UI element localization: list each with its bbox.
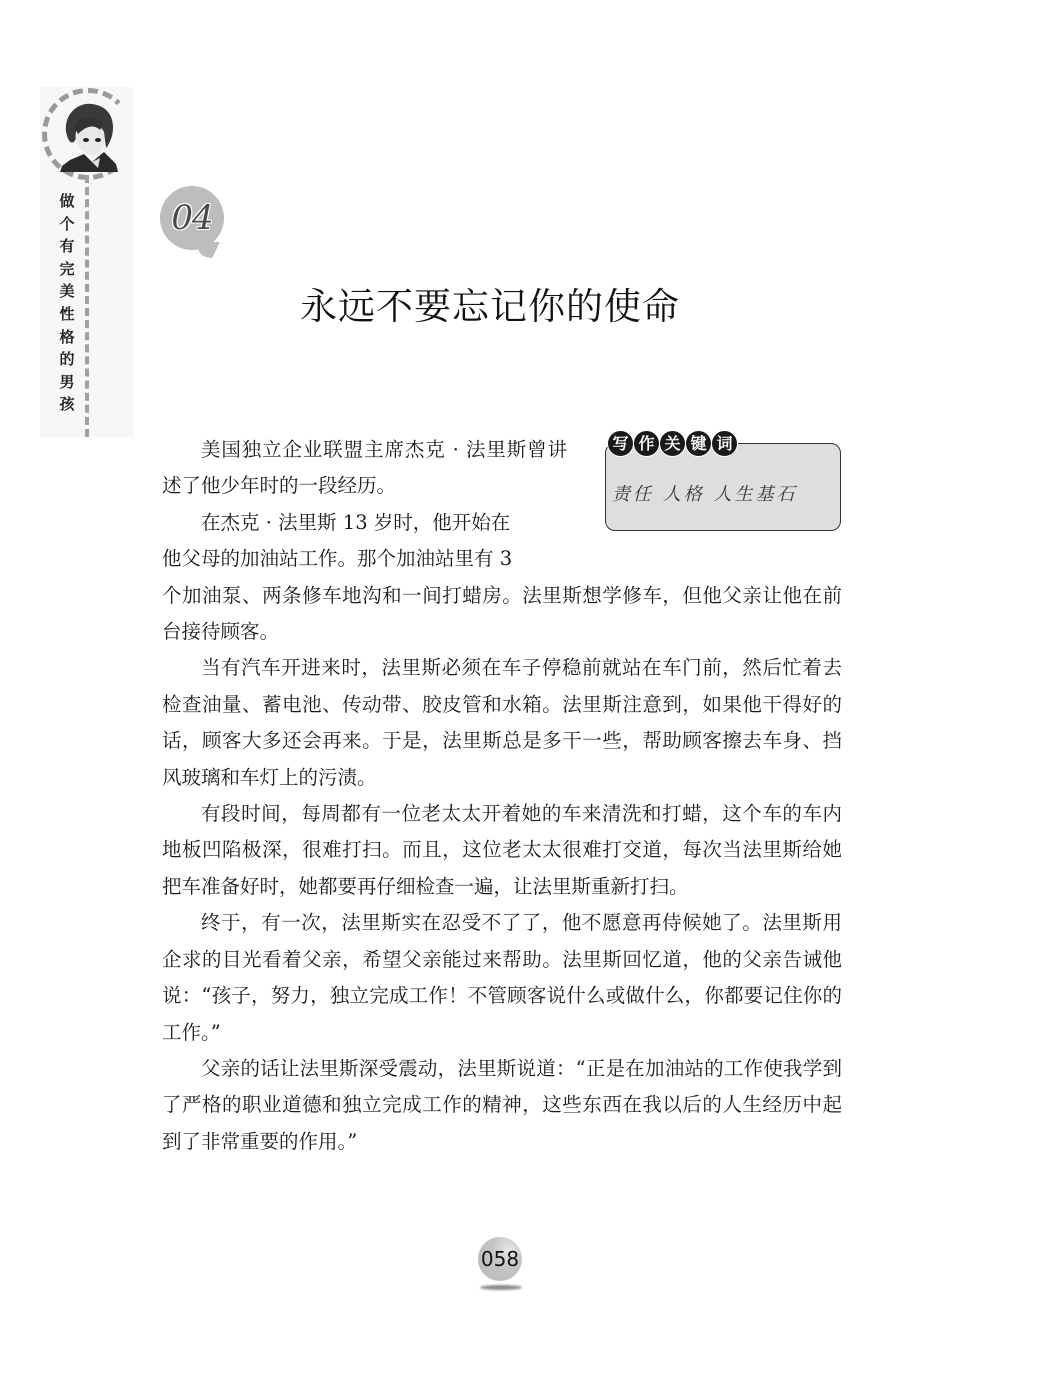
- anime-boy-icon: [60, 102, 118, 172]
- series-title-char: 完: [56, 258, 78, 281]
- series-title-char: 个: [56, 213, 78, 236]
- paragraph-continued: 个加油泵、两条修车地沟和一间打蜡房。法里斯想学修车，但他父亲让他在前台接待顾客。: [162, 578, 842, 651]
- paragraph: 父亲的话让法里斯深受震动，法里斯说道：“正是在加油站的工作使我学到了严格的职业道…: [162, 1051, 842, 1160]
- series-title-char: 的: [56, 348, 78, 371]
- series-title-char: 性: [56, 303, 78, 326]
- chapter-number: 04: [160, 198, 224, 238]
- series-title-char: 孩: [56, 393, 78, 416]
- page-number: 058: [478, 1237, 522, 1281]
- chapter-badge: 04: [160, 186, 224, 250]
- series-title-char: 做: [56, 190, 78, 213]
- series-title: 做 个 有 完 美 性 格 的 男 孩: [56, 190, 78, 416]
- series-title-char: 有: [56, 235, 78, 258]
- series-title-char: 格: [56, 326, 78, 349]
- avatar: [60, 102, 118, 172]
- article-body: 美国独立企业联盟主席杰克 · 法里斯曾讲述了他少年时的一段经历。 在杰克 · 法…: [162, 432, 842, 1160]
- avatar-wrap: [42, 88, 132, 178]
- paragraph: 当有汽车开进来时，法里斯必须在车子停稳前就站在车门前，然后忙着去检查油量、蓄电池…: [162, 650, 842, 796]
- paragraph: 终于，有一次，法里斯实在忍受不了了，他不愿意再侍候她了。法里斯用企求的目光看着父…: [162, 905, 842, 1051]
- dashed-divider: [85, 175, 89, 437]
- paragraph: 美国独立企业联盟主席杰克 · 法里斯曾讲述了他少年时的一段经历。: [162, 432, 567, 505]
- paragraph-line: 他父母的加油站工作。那个加油站里有 3: [162, 541, 567, 577]
- paragraph-line: 在杰克 · 法里斯 13 岁时，他开始在: [162, 505, 567, 541]
- page-number-shadow: [480, 1285, 522, 1290]
- article-title: 永远不要忘记你的使命: [300, 276, 720, 330]
- paragraph: 有段时间，每周都有一位老太太开着她的车来清洗和打蜡，这个车的车内地板凹陷极深，很…: [162, 796, 842, 905]
- series-title-char: 男: [56, 371, 78, 394]
- series-title-char: 美: [56, 280, 78, 303]
